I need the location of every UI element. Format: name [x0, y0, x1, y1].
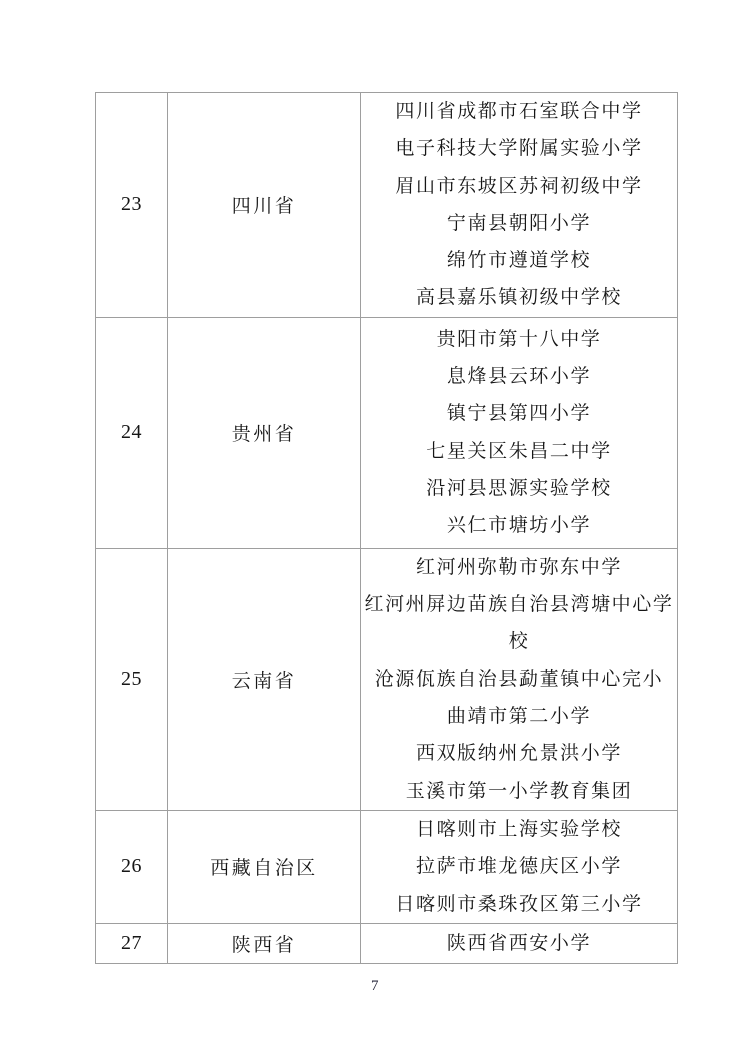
row-number: 26 [96, 810, 168, 923]
province-name: 陕西省 [168, 923, 361, 963]
row-number: 23 [96, 93, 168, 318]
school-name: 红河州弥勒市弥东中学 [361, 549, 677, 586]
table-row: 23 四川省 四川省成都市石室联合中学 电子科技大学附属实验小学 眉山市东坡区苏… [96, 93, 678, 318]
school-name: 兴仁市塘坊小学 [361, 507, 677, 544]
schools-cell: 四川省成都市石室联合中学 电子科技大学附属实验小学 眉山市东坡区苏祠初级中学 宁… [361, 93, 678, 318]
school-name: 曲靖市第二小学 [361, 698, 677, 735]
row-number: 24 [96, 317, 168, 548]
school-name: 红河州屏边苗族自治县湾塘中心学校 [361, 586, 677, 661]
school-name: 西双版纳州允景洪小学 [361, 735, 677, 772]
table-row: 25 云南省 红河州弥勒市弥东中学 红河州屏边苗族自治县湾塘中心学校 沧源佤族自… [96, 548, 678, 810]
table-row: 26 西藏自治区 日喀则市上海实验学校 拉萨市堆龙德庆区小学 日喀则市桑珠孜区第… [96, 810, 678, 923]
school-name: 七星关区朱昌二中学 [361, 433, 677, 470]
table-row: 24 贵州省 贵阳市第十八中学 息烽县云环小学 镇宁县第四小学 七星关区朱昌二中… [96, 317, 678, 548]
school-name: 电子科技大学附属实验小学 [361, 130, 677, 167]
school-name: 日喀则市桑珠孜区第三小学 [361, 886, 677, 923]
province-name: 云南省 [168, 548, 361, 810]
schools-cell: 贵阳市第十八中学 息烽县云环小学 镇宁县第四小学 七星关区朱昌二中学 沿河县思源… [361, 317, 678, 548]
schools-cell: 陕西省西安小学 [361, 923, 678, 963]
row-number: 27 [96, 923, 168, 963]
school-name: 玉溪市第一小学教育集团 [361, 773, 677, 810]
schools-cell: 红河州弥勒市弥东中学 红河州屏边苗族自治县湾塘中心学校 沧源佤族自治县勐董镇中心… [361, 548, 678, 810]
school-name: 日喀则市上海实验学校 [361, 811, 677, 848]
schools-cell: 日喀则市上海实验学校 拉萨市堆龙德庆区小学 日喀则市桑珠孜区第三小学 [361, 810, 678, 923]
province-name: 贵州省 [168, 317, 361, 548]
school-name: 眉山市东坡区苏祠初级中学 [361, 168, 677, 205]
school-name: 四川省成都市石室联合中学 [361, 93, 677, 130]
school-name: 陕西省西安小学 [361, 925, 677, 962]
province-school-table: 23 四川省 四川省成都市石室联合中学 电子科技大学附属实验小学 眉山市东坡区苏… [95, 92, 678, 964]
row-number: 25 [96, 548, 168, 810]
school-name: 拉萨市堆龙德庆区小学 [361, 848, 677, 885]
school-name: 贵阳市第十八中学 [361, 321, 677, 358]
school-name: 镇宁县第四小学 [361, 395, 677, 432]
province-name: 四川省 [168, 93, 361, 318]
school-name: 沿河县思源实验学校 [361, 470, 677, 507]
province-name: 西藏自治区 [168, 810, 361, 923]
school-name: 绵竹市遵道学校 [361, 242, 677, 279]
school-name: 息烽县云环小学 [361, 358, 677, 395]
table-row: 27 陕西省 陕西省西安小学 [96, 923, 678, 963]
page-number: 7 [0, 978, 750, 995]
school-name: 宁南县朝阳小学 [361, 205, 677, 242]
school-name: 沧源佤族自治县勐董镇中心完小 [361, 661, 677, 698]
school-name: 高县嘉乐镇初级中学校 [361, 279, 677, 316]
document-page: 23 四川省 四川省成都市石室联合中学 电子科技大学附属实验小学 眉山市东坡区苏… [0, 0, 750, 1061]
